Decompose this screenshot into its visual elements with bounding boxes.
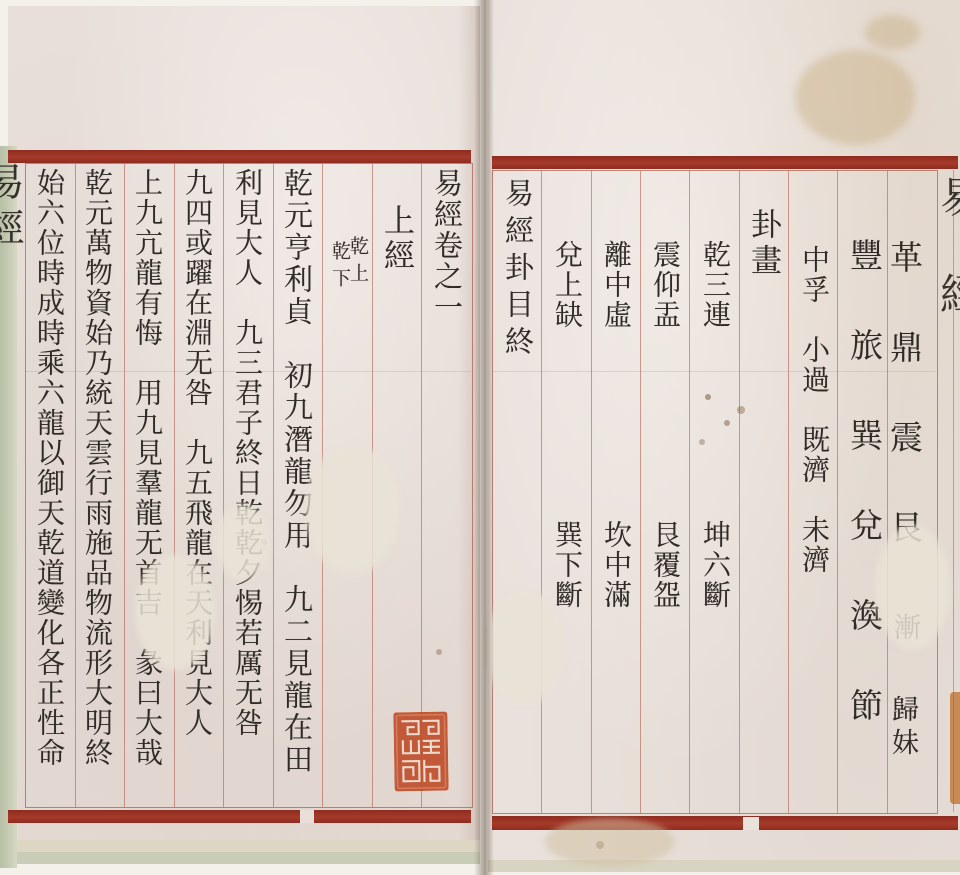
- hexagram-list-61-64: 中孚 小過 既濟 未濟: [799, 245, 827, 575]
- book-scan: 易經 易經卷之一 上經 乾上 乾下 乾元亨利貞 初九潛龍勿用 九二見龍在田 利見…: [0, 0, 960, 875]
- section-title-shangjing: 上經: [381, 204, 412, 274]
- repair-patch: [305, 445, 400, 575]
- foxing-spots: [0, 0, 4, 4]
- index-end-marker: 易經卦目終: [502, 178, 531, 363]
- seal-graphic: [393, 712, 448, 792]
- page-stack-edge: [488, 860, 960, 872]
- trigram-note-qian-shang: 乾上: [348, 236, 367, 290]
- top-border-band-left-page: [8, 150, 471, 163]
- trigram-mnemonic-gen: 艮覆盌: [650, 520, 678, 610]
- page-stack-edge: [8, 840, 480, 852]
- band-wear-notch: [743, 817, 759, 830]
- edge-title-clipped: 易經: [936, 175, 960, 369]
- stain: [795, 50, 915, 145]
- trigram-mnemonic-kan: 坎中滿: [601, 520, 629, 610]
- book-spine-edge: [0, 146, 17, 868]
- collector-seal-stamp: [393, 712, 448, 792]
- section-heading-guahua: 卦畫: [748, 208, 779, 280]
- trigram-mnemonic-xun: 巽下斷: [552, 520, 580, 610]
- stain: [865, 15, 920, 50]
- trigram-note-qian-xia: 乾下: [330, 241, 349, 295]
- trigram-mnemonic-dui: 兌上缺: [552, 240, 580, 330]
- qian-hexagram-text-col-4: 上九亢龍有悔 用九見羣龍无首吉 彖曰大哉: [132, 168, 160, 768]
- tuan-commentary-col-2: 始六位時成時乘六龍以御天乾道變化各正性命: [34, 168, 62, 768]
- repair-patch: [875, 525, 950, 650]
- top-border-band-right-page: [492, 156, 958, 169]
- hexagram-54-guimei: 歸妹: [889, 695, 916, 761]
- volume-title: 易經卷之一: [431, 168, 460, 323]
- tuan-commentary-col-1: 乾元萬物資始乃統天雲行雨施品物流形大明終: [82, 168, 110, 768]
- stain: [545, 818, 675, 866]
- page-stack-edge: [8, 852, 480, 864]
- right-page-worn-edge: [950, 692, 960, 804]
- qian-hexagram-text-col-2: 利見大人 九三君子終日乾乾夕惕若厲无咎: [232, 168, 260, 738]
- hexagram-list-49-52: 革 鼎 震 艮: [886, 240, 919, 555]
- qian-hexagram-text-col-1: 乾元亨利貞 初九潛龍勿用 九二見龍在田: [281, 168, 310, 776]
- spine-title-clipped: 易經: [0, 162, 20, 254]
- bottom-border-band-left-page: [8, 810, 471, 823]
- trigram-mnemonic-qian: 乾三連: [700, 240, 728, 330]
- repair-patch: [215, 505, 270, 580]
- page-gutter: [474, 0, 494, 875]
- trigram-mnemonic-zhen: 震仰盂: [650, 240, 678, 330]
- repair-patch: [135, 555, 215, 670]
- hexagram-list-55-60: 豐 旅 巽 兌 渙 節: [846, 238, 879, 733]
- band-wear-notch: [300, 810, 314, 823]
- trigram-mnemonic-li: 離中虛: [601, 240, 629, 330]
- repair-patch: [485, 590, 565, 705]
- trigram-mnemonic-kun: 坤六斷: [700, 520, 728, 610]
